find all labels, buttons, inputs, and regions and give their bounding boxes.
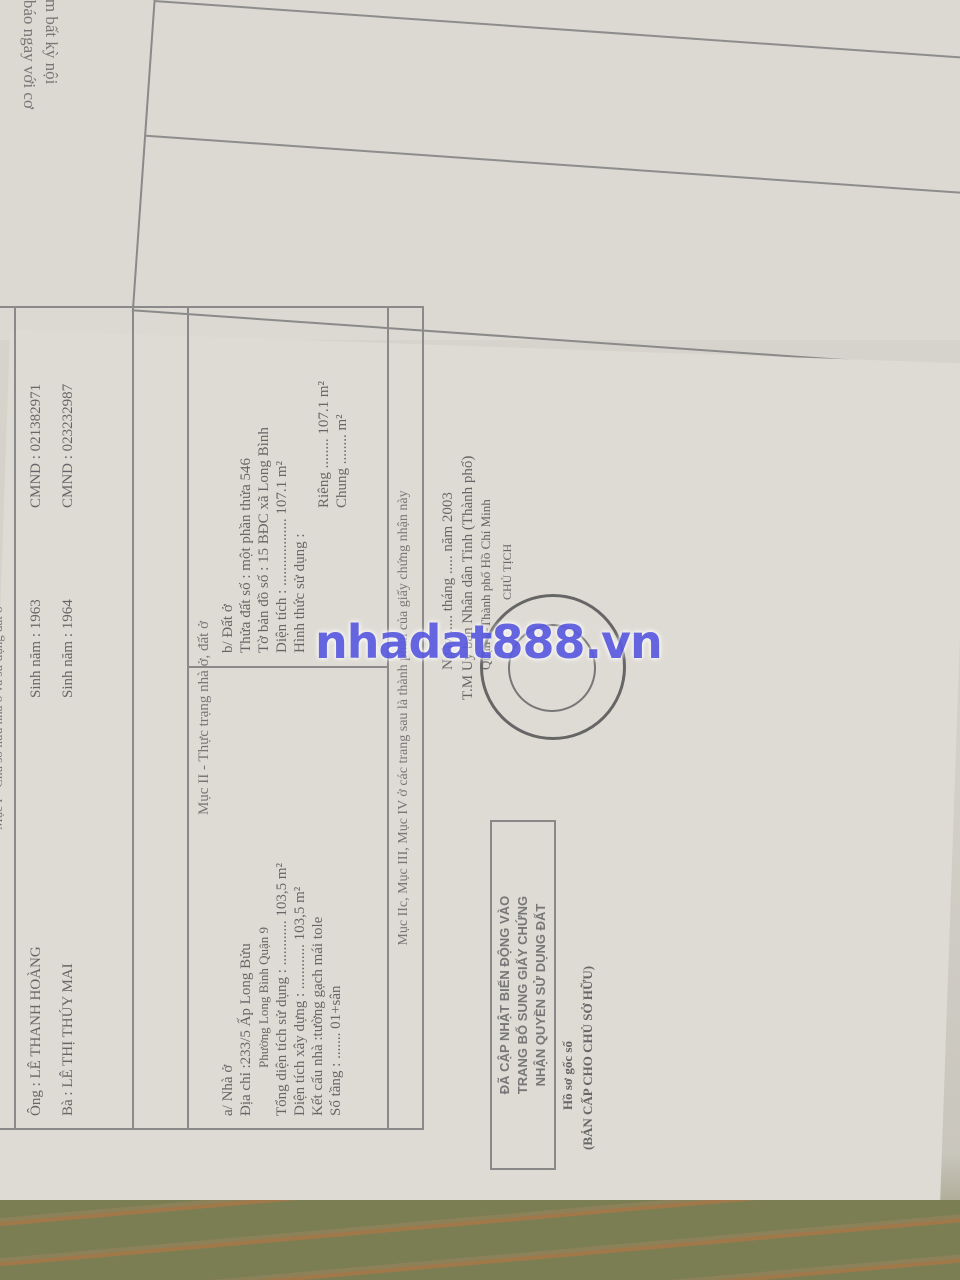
- owner1-name: Ông : LÊ THANH HOÀNG: [28, 946, 45, 1116]
- divider: [132, 308, 134, 1128]
- house-total-area: Tổng diện tích sử dụng : ............ 10…: [274, 863, 291, 1116]
- owner1-id: CMND : 021382971: [28, 384, 45, 508]
- land-area: Diện tích : .................. 107.1 m²: [274, 461, 291, 653]
- house-address: Địa chỉ :233/5 Ấp Long Bửu: [238, 943, 255, 1116]
- section1-heading: Mục I - Chủ sở hữu nhà ở và sử dụng đất …: [0, 308, 6, 1128]
- land-map-sheet: Tờ bản đồ số : 15 BĐC xã Long Bình: [256, 427, 273, 653]
- house-build-area: Diện tích xây dựng : ............ 103,5 …: [292, 887, 309, 1116]
- owner2-id: CMND : 023232987: [60, 384, 77, 508]
- divider: [14, 308, 16, 1128]
- certificate-document: GIẤY CHỨNG NHẬN QUYỀN SỞ HỮU NHÀ Ở VÀ QU…: [0, 270, 600, 1170]
- record-number: Hồ sơ gốc số: [560, 1041, 576, 1110]
- house-ward: Phường Long Bình Quận 9: [256, 927, 272, 1068]
- house-structure: Kết cấu nhà :tường gạch mái tole: [310, 917, 327, 1116]
- signer-title: CHỦ TỊCH: [500, 544, 515, 600]
- section-note: Mục IIc, Mục III, Mục IV ở các trang sau…: [396, 308, 412, 1128]
- owner2-birth: Sinh năm : 1964: [60, 599, 77, 698]
- copy-note: (BẢN CẤP CHO CHỦ SỞ HỮU): [580, 966, 596, 1150]
- land-private: Riêng ........ 107.1 m²: [316, 381, 333, 508]
- land-label: b/ Đất ở: [220, 604, 237, 653]
- land-common: Chung ........ m²: [334, 414, 351, 508]
- owner1-birth: Sinh năm : 1963: [28, 599, 45, 698]
- watermark: nhadat888.vn: [315, 615, 662, 669]
- divider: [387, 308, 389, 1128]
- section2-heading: Mục II - Thực trạng nhà ở, đất ở: [196, 308, 213, 1128]
- update-stamp-box: ĐÃ CẬP NHẬT BIẾN ĐỘNG VÀO TRANG BỔ SUNG …: [490, 820, 556, 1170]
- owner2-name: Bà : LÊ THỊ THÚY MAI: [60, 963, 77, 1116]
- land-plot: Thửa đất số : một phần thửa 546: [238, 458, 255, 653]
- background-carpet: [0, 1200, 960, 1280]
- house-floors: Số tầng : ....... 01+sân: [328, 985, 345, 1116]
- land-usage: Hình thức sử dụng :: [292, 533, 309, 653]
- house-label: a/ Nhà ở: [220, 1065, 237, 1116]
- divider: [187, 308, 189, 1128]
- grid-line: [155, 0, 960, 60]
- certificate-table: Mục I - Chủ sở hữu nhà ở và sử dụng đất …: [0, 306, 424, 1130]
- grid-line: [146, 135, 960, 195]
